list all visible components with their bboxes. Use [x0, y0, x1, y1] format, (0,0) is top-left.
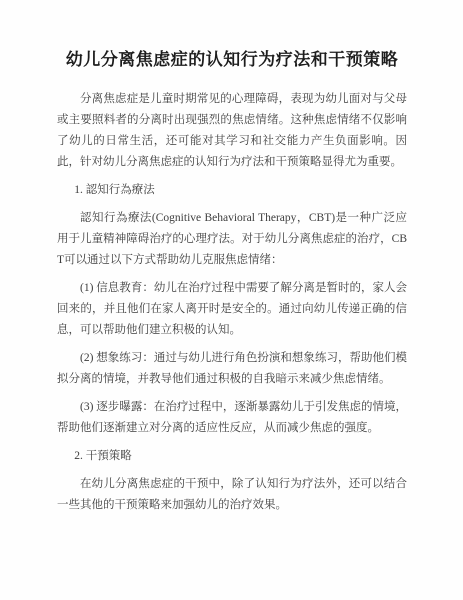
- document-title: 幼儿分离焦虑症的认知行为疗法和干预策略: [57, 46, 407, 74]
- list-item-gradual-exposure: (3) 逐步曝露：在治疗过程中，逐渐暴露幼儿于引发焦虑的情境，帮助他们逐渐建立对…: [57, 397, 407, 439]
- section-2-heading: 2. 干預策略: [57, 446, 407, 467]
- document-page: 幼儿分离焦虑症的认知行为疗法和干预策略 分离焦虑症是儿童时期常见的心理障碍，表现…: [0, 0, 463, 600]
- paragraph-intro: 分离焦虑症是儿童时期常见的心理障碍，表现为幼儿面对与父母或主要照料者的分离时出现…: [57, 89, 407, 173]
- paragraph-cbt-overview: 認知行為療法(Cognitive Behavioral Therapy，CBT)…: [57, 208, 407, 271]
- paragraph-intervention-body: 在幼儿分离焦虑症的干预中，除了认知行为疗法外，还可以结合一些其他的干预策略来加强…: [57, 474, 407, 516]
- list-item-information-education: (1) 信息教育：幼儿在治疗过程中需要了解分离是暂时的，家人会回来的，并且他们在…: [57, 278, 407, 341]
- section-1-heading: 1. 認知行為療法: [57, 180, 407, 201]
- list-item-imagination-practice: (2) 想象练习：通过与幼儿进行角色扮演和想象练习，帮助他们模拟分离的情境，并教…: [57, 348, 407, 390]
